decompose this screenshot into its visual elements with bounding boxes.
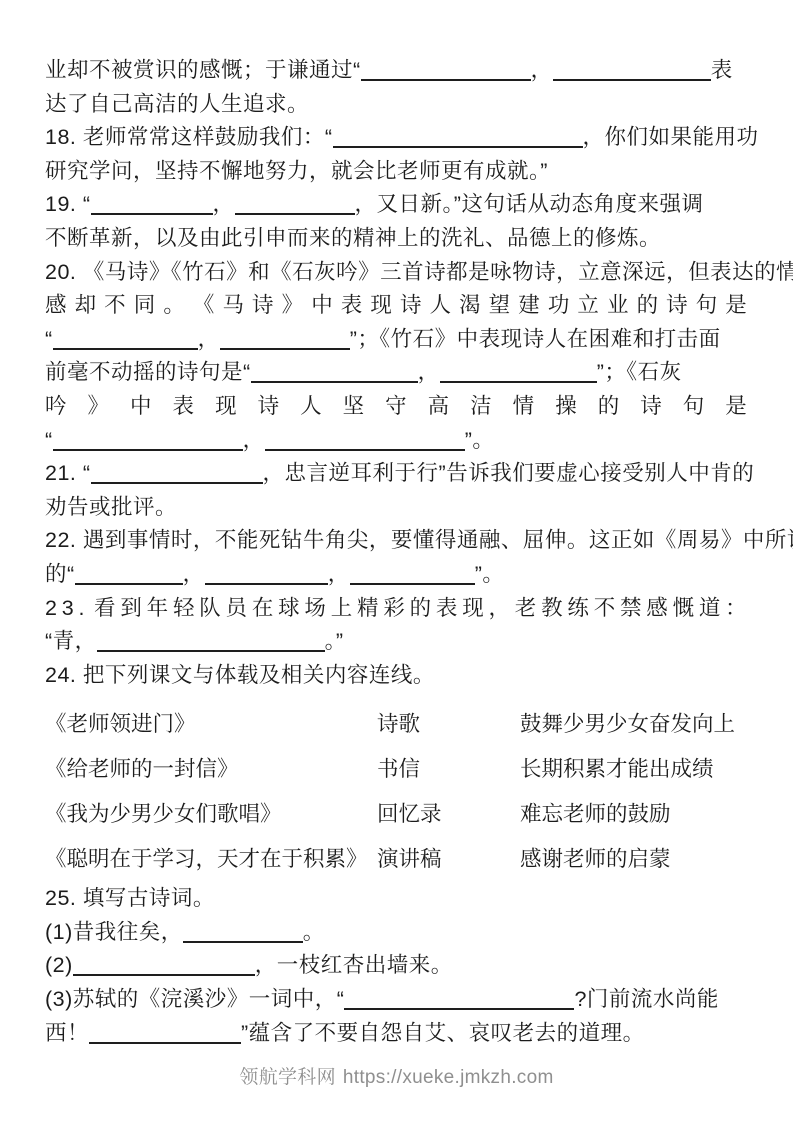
justified-char: 不	[104, 289, 126, 323]
answer-blank	[235, 195, 355, 215]
text-run: 达了自己高洁的人生追求。	[45, 92, 309, 116]
justified-char: 是	[725, 390, 747, 424]
answer-blank	[251, 363, 418, 383]
match-row: 《给老师的一封信》书信长期积累才能出成绩	[45, 745, 747, 790]
justified-char: 《	[193, 289, 215, 323]
justified-char: ：	[725, 592, 747, 626]
q25-sub2: (2)，一枝红杏出墙来。	[45, 949, 747, 983]
justified-char: 》	[282, 289, 304, 323]
q20-line3: “，”；《竹石》中表现诗人在困难和打击面	[45, 323, 747, 357]
justified-char: 表	[173, 390, 195, 424]
match-row: 《我为少男少女们歌唱》回忆录难忘老师的鼓励	[45, 790, 747, 835]
justified-char: 教	[541, 592, 563, 626]
match-content: 鼓舞少男少女奋发向上	[520, 707, 747, 738]
answer-blank	[265, 431, 465, 451]
justified-char: 高	[428, 390, 450, 424]
justified-char: 诗	[258, 390, 280, 424]
match-genre: 回忆录	[377, 797, 520, 828]
justified-char: 人	[300, 390, 322, 424]
justified-char: 诗	[640, 390, 662, 424]
text-run: 。”	[325, 629, 344, 653]
q20-line2: 感却不同。《马诗》中表现诗人渴望建功立业的诗句是	[45, 289, 747, 323]
match-content: 长期积累才能出成绩	[520, 752, 747, 783]
justified-char: 现	[215, 390, 237, 424]
text-run: (2)	[45, 953, 73, 977]
justified-char: 诗	[252, 289, 274, 323]
match-row: 《聪明在于学习，天才在于积累》演讲稿感谢老师的启蒙	[45, 835, 747, 880]
text-run: 21. “	[45, 461, 91, 485]
answer-blank	[205, 565, 328, 585]
justified-char: 情	[513, 390, 535, 424]
justified-char: 表	[436, 592, 458, 626]
answer-blank	[73, 956, 255, 976]
justified-char: 上	[331, 592, 353, 626]
text-run: 业却不被赏识的感慨；于谦通过“	[45, 58, 361, 82]
text-run: “	[45, 428, 53, 452]
text-run: (1)昔我往矣，	[45, 920, 183, 944]
text-run: ，一枝红杏出墙来。	[255, 953, 453, 977]
match-genre: 演讲稿	[377, 842, 520, 873]
q20-line6: “，”。	[45, 424, 747, 458]
justified-char: 练	[567, 592, 589, 626]
justified-char: 马	[222, 289, 244, 323]
text-run: 20. 《马诗》《竹石》和《石灰吟》三首诗都是咏物诗，立意深远，但表达的情	[45, 260, 793, 284]
answer-blank	[361, 61, 531, 81]
justified-char: 感	[45, 289, 67, 323]
text-run: ，	[198, 327, 220, 351]
justified-char: .	[79, 592, 85, 626]
justified-char: 3	[62, 592, 74, 626]
justified-char: 禁	[620, 592, 642, 626]
justified-char: 渴	[459, 289, 481, 323]
answer-blank	[91, 464, 263, 484]
q17-line2: 达了自己高洁的人生追求。	[45, 88, 747, 122]
text-run: ?门前流水尚能	[574, 987, 718, 1011]
justified-char: 慨	[673, 592, 695, 626]
text-run: 的“	[45, 562, 75, 586]
text-run: ，你们如果能用功	[583, 125, 759, 149]
text-run: “青，	[45, 629, 97, 653]
text-run: 22. 遇到事情时，不能死钻牛角尖，要懂得通融、屈伸。这正如《周易》中所说	[45, 528, 793, 552]
justified-char: 操	[555, 390, 577, 424]
text-run: ”。	[465, 428, 495, 452]
answer-blank	[350, 565, 475, 585]
answer-blank	[553, 61, 711, 81]
q20-line1: 20. 《马诗》《竹石》和《石灰吟》三首诗都是咏物诗，立意深远，但表达的情	[45, 256, 747, 290]
justified-char: 是	[725, 289, 747, 323]
justified-char: 员	[226, 592, 248, 626]
q20-line5: 吟》中表现诗人坚守高洁情操的诗句是	[45, 390, 747, 424]
text-run: ，	[328, 562, 350, 586]
justified-char: 中	[311, 289, 333, 323]
text-run: (3)苏轼的《浣溪沙》一词中，“	[45, 987, 344, 1011]
justified-char: 诗	[400, 289, 422, 323]
answer-blank	[75, 565, 183, 585]
justified-char: 在	[252, 592, 274, 626]
answer-blank	[53, 431, 243, 451]
match-connect-table: 《老师领进门》诗歌鼓舞少男少女奋发向上《给老师的一封信》书信长期积累才能出成绩《…	[45, 700, 747, 880]
justified-char: 精	[357, 592, 379, 626]
text-run: ，又日新。”这句话从动态角度来强调	[355, 192, 704, 216]
worksheet-page: 业却不被赏识的感慨；于谦通过“，表达了自己高洁的人生追求。18. 老师常常这样鼓…	[0, 0, 793, 1122]
justified-char: 守	[385, 390, 407, 424]
text-run: ，	[213, 192, 235, 216]
justified-char: 2	[45, 592, 57, 626]
q20-line4: 前毫不动摇的诗句是“，”；《石灰	[45, 356, 747, 390]
justified-char: 看	[94, 592, 116, 626]
text-run: 前毫不动摇的诗句是“	[45, 360, 251, 384]
justified-char: 》	[88, 390, 110, 424]
answer-blank	[333, 128, 583, 148]
justified-char: 现	[370, 289, 392, 323]
justified-char: 轻	[173, 592, 195, 626]
match-content: 难忘老师的鼓励	[520, 797, 747, 828]
q19-line2: 不断革新，以及由此引申而来的精神上的洗礼、品德上的修炼。	[45, 222, 747, 256]
q25-line1: 25. 填写古诗词。	[45, 882, 747, 916]
q17-line1: 业却不被赏识的感慨；于谦通过“，表	[45, 54, 747, 88]
text-run: ，	[243, 428, 265, 452]
justified-char: ，	[489, 592, 511, 626]
q21-line1: 21. “，忠言逆耳利于行”告诉我们要虚心接受别人中肯的	[45, 457, 747, 491]
match-content: 感谢老师的启蒙	[520, 842, 747, 873]
justified-char: 的	[598, 390, 620, 424]
justified-char: 坚	[343, 390, 365, 424]
text-run: 。	[303, 920, 325, 944]
justified-char: 洁	[470, 390, 492, 424]
text-run: ，	[418, 360, 440, 384]
justified-char: 道	[699, 592, 721, 626]
match-course-title: 《给老师的一封信》	[45, 752, 377, 783]
justified-char: 立	[577, 289, 599, 323]
text-run: 表	[711, 58, 733, 82]
q25-sub1: (1)昔我往矣，。	[45, 916, 747, 950]
justified-char: 功	[548, 289, 570, 323]
answer-blank	[53, 330, 198, 350]
q25-sub3-line1: (3)苏轼的《浣溪沙》一词中，“?门前流水尚能	[45, 983, 747, 1017]
watermark-footer: 领航学科网https://xueke.jmkzh.com	[0, 1062, 793, 1089]
q19-line1: 19. “，，又日新。”这句话从动态角度来强调	[45, 188, 747, 222]
justified-char: 的	[637, 289, 659, 323]
justified-char: 。	[163, 289, 185, 323]
justified-char: 表	[341, 289, 363, 323]
text-run: ”；《竹石》中表现诗人在困难和打击面	[350, 327, 721, 351]
text-run: 18. 老师常常这样鼓励我们：“	[45, 125, 333, 149]
text-run: ”；《石灰	[597, 360, 682, 384]
text-run: 研究学问，坚持不懈地努力，就会比老师更有成就。”	[45, 159, 548, 183]
text-run: ”。	[475, 562, 505, 586]
text-run: 25. 填写古诗词。	[45, 886, 215, 910]
justified-char: 中	[130, 390, 152, 424]
q24-line1: 24. 把下列课文与体载及相关内容连线。	[45, 659, 747, 693]
justified-char: 句	[683, 390, 705, 424]
justified-char: 却	[75, 289, 97, 323]
footer-site-name: 领航学科网	[239, 1067, 336, 1088]
justified-char: 年	[147, 592, 169, 626]
justified-char: 望	[489, 289, 511, 323]
answer-blank	[89, 1024, 241, 1044]
q25-sub3-line2: 西！”蕴含了不要自怨自艾、哀叹老去的道理。	[45, 1017, 747, 1051]
justified-char: 人	[430, 289, 452, 323]
footer-site-url: https://xueke.jmkzh.com	[343, 1067, 554, 1088]
match-course-title: 《我为少男少女们歌唱》	[45, 797, 377, 828]
justified-char: 业	[607, 289, 629, 323]
worksheet-content: 业却不被赏识的感慨；于谦通过“，表达了自己高洁的人生追求。18. 老师常常这样鼓…	[45, 54, 747, 1050]
match-genre: 书信	[377, 752, 520, 783]
q23-line2: “青，。”	[45, 625, 747, 659]
text-run: 西！	[45, 1021, 89, 1045]
justified-char: 彩	[383, 592, 405, 626]
questions-bottom-block: 25. 填写古诗词。(1)昔我往矣，。(2)，一枝红杏出墙来。(3)苏轼的《浣溪…	[45, 882, 747, 1050]
text-run: ，	[531, 58, 553, 82]
justified-char: 吟	[45, 390, 67, 424]
questions-top-block: 业却不被赏识的感慨；于谦通过“，表达了自己高洁的人生追求。18. 老师常常这样鼓…	[45, 54, 747, 692]
justified-char: 场	[304, 592, 326, 626]
answer-blank	[220, 330, 350, 350]
q18-line2: 研究学问，坚持不懈地努力，就会比老师更有成就。”	[45, 155, 747, 189]
q22-line2: 的“，，”。	[45, 558, 747, 592]
justified-char: 感	[646, 592, 668, 626]
text-run: “	[45, 327, 53, 351]
match-course-title: 《老师领进门》	[45, 707, 377, 738]
justified-char: 老	[515, 592, 537, 626]
text-run: 24. 把下列课文与体载及相关内容连线。	[45, 663, 435, 687]
q21-line2: 劝告或批评。	[45, 491, 747, 525]
q18-line1: 18. 老师常常这样鼓励我们：“，你们如果能用功	[45, 121, 747, 155]
justified-char: 不	[594, 592, 616, 626]
justified-char: 现	[462, 592, 484, 626]
justified-char: 同	[134, 289, 156, 323]
answer-blank	[97, 632, 325, 652]
match-row: 《老师领进门》诗歌鼓舞少男少女奋发向上	[45, 700, 747, 745]
justified-char: 句	[696, 289, 718, 323]
answer-blank	[91, 195, 213, 215]
text-run: 19. “	[45, 192, 91, 216]
justified-char: 建	[518, 289, 540, 323]
q23-line1: 23. 看到年轻队员在球场上精彩的表现，老教练不禁感慨道：	[45, 592, 747, 626]
text-run: ，忠言逆耳利于行”告诉我们要虚心接受别人中肯的	[263, 461, 755, 485]
match-genre: 诗歌	[377, 707, 520, 738]
match-course-title: 《聪明在于学习，天才在于积累》	[45, 842, 377, 873]
answer-blank	[344, 990, 574, 1010]
q22-line1: 22. 遇到事情时，不能死钻牛角尖，要懂得通融、屈伸。这正如《周易》中所说	[45, 524, 747, 558]
justified-char: 诗	[666, 289, 688, 323]
justified-char: 的	[410, 592, 432, 626]
text-run: 不断革新，以及由此引申而来的精神上的洗礼、品德上的修炼。	[45, 226, 661, 250]
answer-blank	[440, 363, 597, 383]
text-run: ，	[183, 562, 205, 586]
justified-char: 到	[120, 592, 142, 626]
justified-char: 球	[278, 592, 300, 626]
text-run: 劝告或批评。	[45, 495, 177, 519]
justified-char: 队	[199, 592, 221, 626]
text-run: ”蕴含了不要自怨自艾、哀叹老去的道理。	[241, 1021, 645, 1045]
answer-blank	[183, 923, 303, 943]
